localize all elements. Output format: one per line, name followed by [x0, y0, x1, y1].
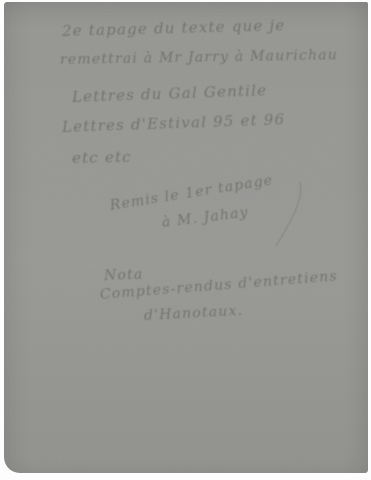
scan-background: 2e tapage du texte que je remettrai à Mr… [0, 0, 371, 480]
scanned-paper-sheet: 2e tapage du texte que je remettrai à Mr… [4, 2, 368, 473]
handwriting-line-8: Nota [104, 267, 144, 284]
handwriting-line-6: Remis le 1er tapage [109, 172, 275, 214]
scan-shading [4, 2, 368, 473]
handwriting-line-1: 2e tapage du texte que je [62, 16, 286, 40]
handwriting-line-3: Lettres du Gal Gentile [72, 81, 268, 106]
handwriting-line-5: etc etc [72, 148, 132, 167]
handwriting-line-10: d'Hanotaux. [144, 303, 244, 324]
handwriting-line-4: Lettres d'Estival 95 et 96 [62, 110, 286, 136]
handwriting-line-7: à M. Jahay [161, 204, 250, 231]
handwriting-line-2: remettrai à Mr Jarry à Maurichau [60, 47, 338, 68]
pen-flourish-stroke [254, 180, 314, 250]
paper-grain-texture [4, 2, 368, 473]
